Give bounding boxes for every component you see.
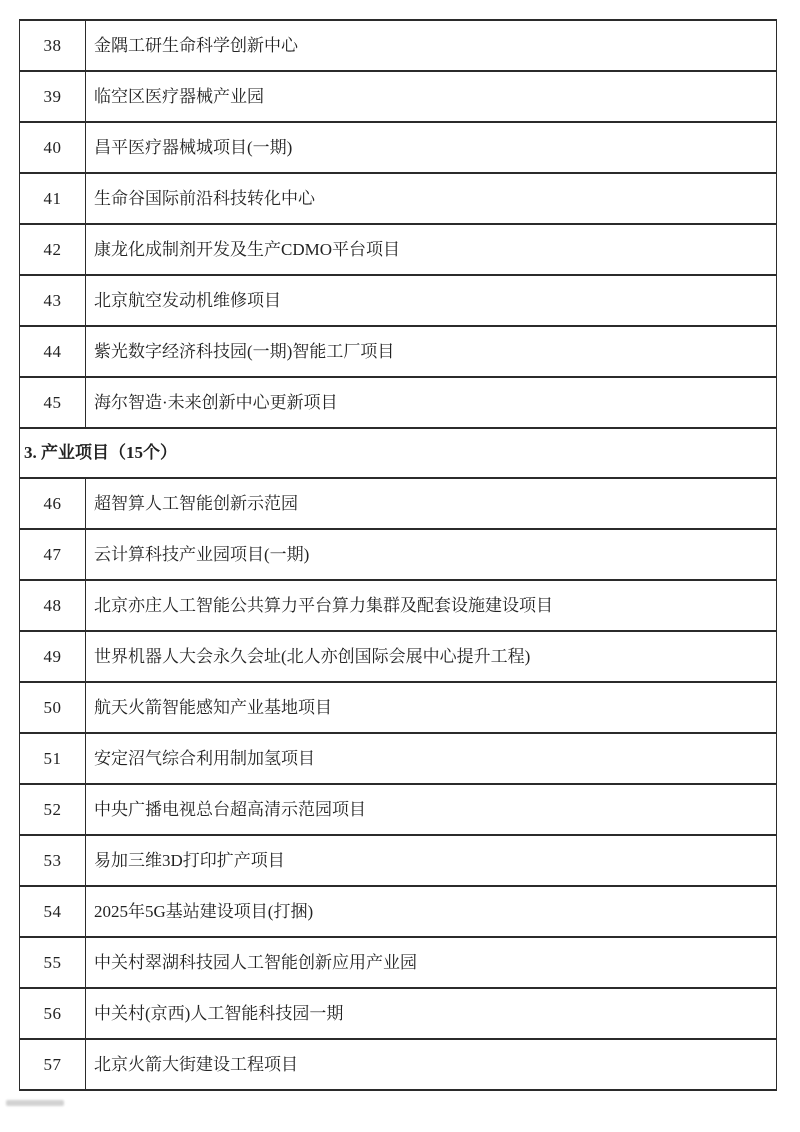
- row-number: 52: [20, 784, 86, 835]
- row-number: 45: [20, 377, 86, 428]
- row-number: 50: [20, 682, 86, 733]
- row-number: 40: [20, 122, 86, 173]
- row-number: 38: [20, 20, 86, 71]
- table-row: 542025年5G基站建设项目(打捆): [20, 886, 777, 937]
- table-row: 38金隅工研生命科学创新中心: [20, 20, 777, 71]
- project-name: 金隅工研生命科学创新中心: [86, 20, 777, 71]
- project-table-body: 38金隅工研生命科学创新中心39临空区医疗器械产业园40昌平医疗器械城项目(一期…: [20, 20, 777, 1090]
- project-name: 中央广播电视总台超高清示范园项目: [86, 784, 777, 835]
- section-header-row: 3. 产业项目（15个）: [20, 428, 777, 478]
- row-number: 47: [20, 529, 86, 580]
- document-page: 38金隅工研生命科学创新中心39临空区医疗器械产业园40昌平医疗器械城项目(一期…: [0, 0, 800, 1132]
- project-name: 易加三维3D打印扩产项目: [86, 835, 777, 886]
- row-number: 51: [20, 733, 86, 784]
- project-name: 北京航空发动机维修项目: [86, 275, 777, 326]
- row-number: 49: [20, 631, 86, 682]
- project-name: 北京火箭大街建设工程项目: [86, 1039, 777, 1090]
- project-name: 安定沼气综合利用制加氢项目: [86, 733, 777, 784]
- table-row: 49世界机器人大会永久会址(北人亦创国际会展中心提升工程): [20, 631, 777, 682]
- project-name: 康龙化成制剂开发及生产CDMO平台项目: [86, 224, 777, 275]
- row-number: 53: [20, 835, 86, 886]
- table-row: 50航天火箭智能感知产业基地项目: [20, 682, 777, 733]
- row-number: 48: [20, 580, 86, 631]
- table-row: 53易加三维3D打印扩产项目: [20, 835, 777, 886]
- table-row: 42康龙化成制剂开发及生产CDMO平台项目: [20, 224, 777, 275]
- table-row: 51安定沼气综合利用制加氢项目: [20, 733, 777, 784]
- project-name: 航天火箭智能感知产业基地项目: [86, 682, 777, 733]
- project-name: 云计算科技产业园项目(一期): [86, 529, 777, 580]
- table-row: 44紫光数字经济科技园(一期)智能工厂项目: [20, 326, 777, 377]
- row-number: 46: [20, 478, 86, 529]
- scan-smudge-artifact: [6, 1100, 64, 1106]
- table-row: 46超智算人工智能创新示范园: [20, 478, 777, 529]
- table-row: 47云计算科技产业园项目(一期): [20, 529, 777, 580]
- project-name: 海尔智造·未来创新中心更新项目: [86, 377, 777, 428]
- table-row: 45海尔智造·未来创新中心更新项目: [20, 377, 777, 428]
- project-name: 北京亦庄人工智能公共算力平台算力集群及配套设施建设项目: [86, 580, 777, 631]
- row-number: 57: [20, 1039, 86, 1090]
- table-row: 56中关村(京西)人工智能科技园一期: [20, 988, 777, 1039]
- project-name: 中关村翠湖科技园人工智能创新应用产业园: [86, 937, 777, 988]
- table-row: 43北京航空发动机维修项目: [20, 275, 777, 326]
- table-row: 41生命谷国际前沿科技转化中心: [20, 173, 777, 224]
- table-row: 57北京火箭大街建设工程项目: [20, 1039, 777, 1090]
- project-name: 2025年5G基站建设项目(打捆): [86, 886, 777, 937]
- section-header-label: 3. 产业项目（15个）: [20, 428, 777, 478]
- table-row: 39临空区医疗器械产业园: [20, 71, 777, 122]
- table-row: 40昌平医疗器械城项目(一期): [20, 122, 777, 173]
- row-number: 44: [20, 326, 86, 377]
- table-row: 55中关村翠湖科技园人工智能创新应用产业园: [20, 937, 777, 988]
- row-number: 54: [20, 886, 86, 937]
- row-number: 39: [20, 71, 86, 122]
- table-row: 48北京亦庄人工智能公共算力平台算力集群及配套设施建设项目: [20, 580, 777, 631]
- project-name: 生命谷国际前沿科技转化中心: [86, 173, 777, 224]
- row-number: 42: [20, 224, 86, 275]
- row-number: 43: [20, 275, 86, 326]
- row-number: 41: [20, 173, 86, 224]
- project-table: 38金隅工研生命科学创新中心39临空区医疗器械产业园40昌平医疗器械城项目(一期…: [19, 19, 777, 1091]
- row-number: 56: [20, 988, 86, 1039]
- project-name: 昌平医疗器械城项目(一期): [86, 122, 777, 173]
- project-name: 临空区医疗器械产业园: [86, 71, 777, 122]
- project-name: 紫光数字经济科技园(一期)智能工厂项目: [86, 326, 777, 377]
- table-row: 52中央广播电视总台超高清示范园项目: [20, 784, 777, 835]
- row-number: 55: [20, 937, 86, 988]
- project-name: 世界机器人大会永久会址(北人亦创国际会展中心提升工程): [86, 631, 777, 682]
- project-table-container: 38金隅工研生命科学创新中心39临空区医疗器械产业园40昌平医疗器械城项目(一期…: [19, 19, 777, 1091]
- project-name: 中关村(京西)人工智能科技园一期: [86, 988, 777, 1039]
- project-name: 超智算人工智能创新示范园: [86, 478, 777, 529]
